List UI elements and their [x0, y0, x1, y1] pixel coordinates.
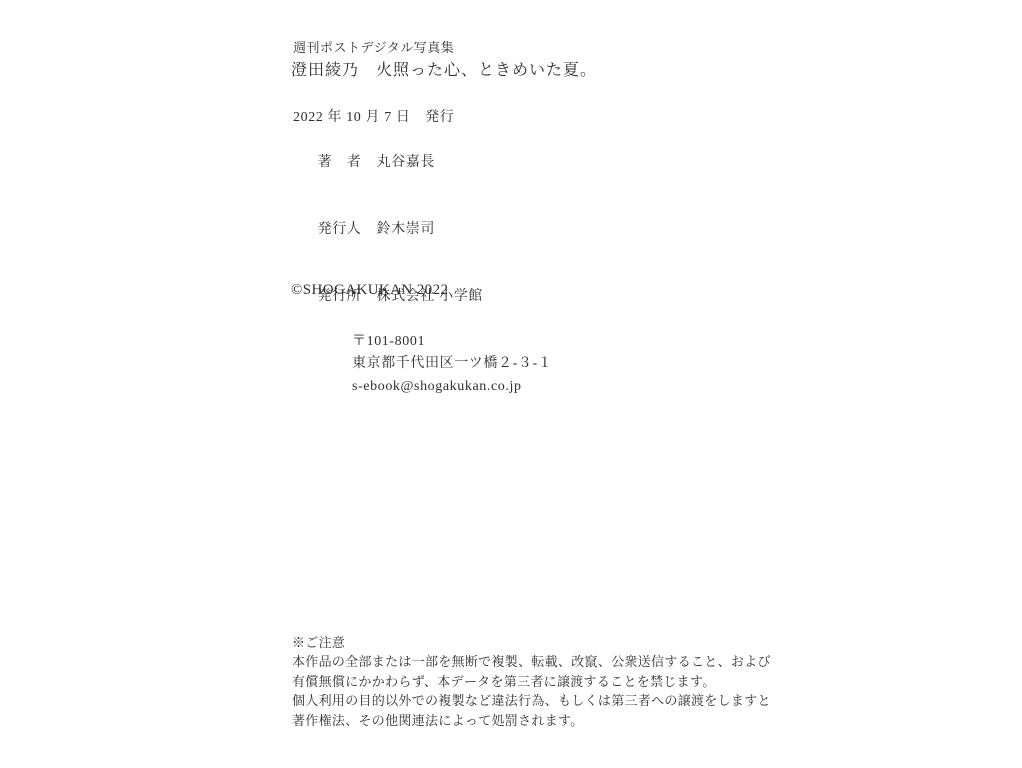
- notice-line: 著作権法、その他関連法によって処罰されます。: [292, 711, 771, 730]
- issuer-label: 発行人: [318, 219, 377, 241]
- publication-date: 2022 年 10 月 7 日 発行: [293, 107, 552, 129]
- legal-notice: ※ご注意 本作品の全部または一部を無断で複製、転載、改竄、公衆送信すること、およ…: [292, 633, 771, 730]
- street-address: 東京都千代田区一ツ橋２-３-１: [293, 353, 552, 375]
- notice-line: 個人利用の目的以外での複製など違法行為、もしくは第三者への譲渡をしますと: [292, 691, 771, 710]
- copyright-line: ©SHOGAKUKAN 2022: [291, 282, 448, 299]
- issuer-row: 発行人鈴木崇司: [293, 197, 552, 264]
- author-name: 丸谷嘉長: [377, 155, 435, 170]
- notice-line: 有償無償にかかわらず、本データを第三者に譲渡することを禁じます。: [292, 672, 771, 691]
- issuer-name: 鈴木崇司: [377, 222, 435, 237]
- contact-email: s-ebook@shogakukan.co.jp: [293, 376, 552, 398]
- colophon-page: 週刊ポストデジタル写真集 澄田綾乃 火照った心、ときめいた夏。 2022 年 1…: [0, 0, 1022, 768]
- series-title: 週刊ポストデジタル写真集: [293, 40, 454, 56]
- notice-line: 本作品の全部または一部を無断で複製、転載、改竄、公衆送信すること、および: [292, 652, 771, 671]
- publication-info: 2022 年 10 月 7 日 発行 著 者丸谷嘉長 発行人鈴木崇司 発行所株式…: [293, 107, 552, 398]
- notice-heading: ※ご注意: [292, 633, 771, 652]
- book-title: 澄田綾乃 火照った心、ときめいた夏。: [291, 60, 597, 81]
- author-row: 著 者丸谷嘉長: [293, 129, 552, 196]
- author-label: 著 者: [318, 152, 377, 174]
- postal-code: 〒101-8001: [293, 331, 552, 353]
